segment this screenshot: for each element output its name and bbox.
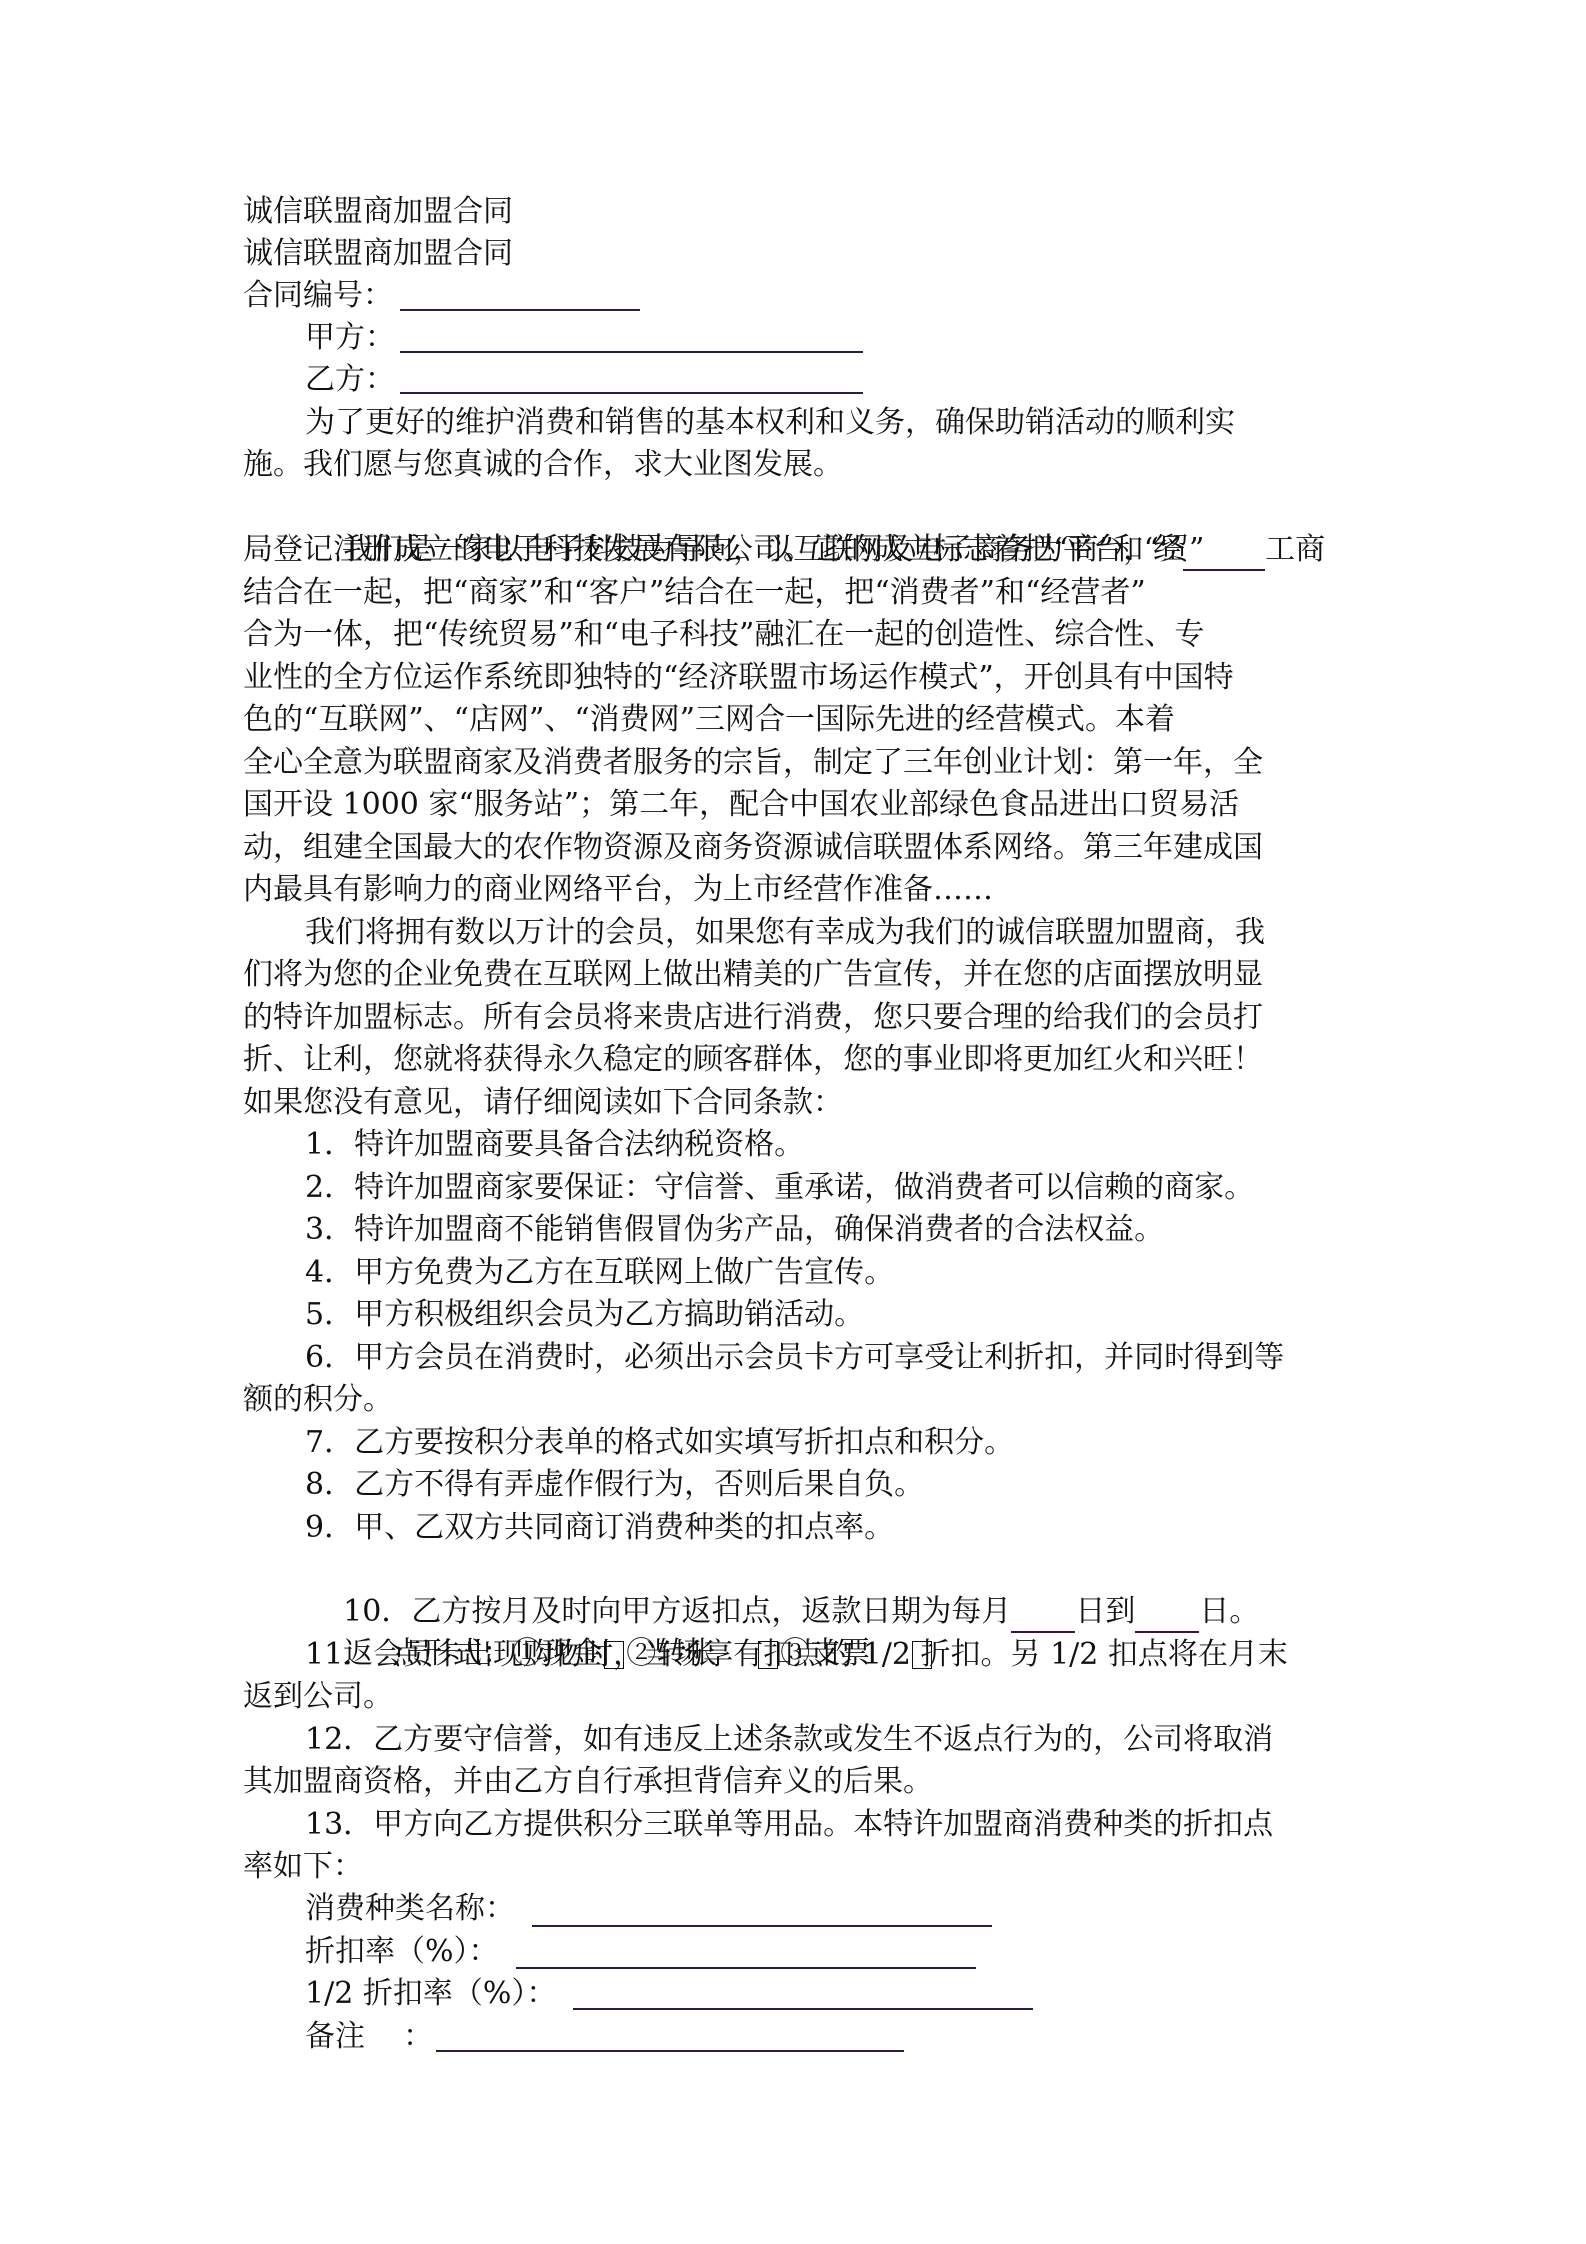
paragraph-members-line: 们将为您的企业免费在互联网上做出精美的广告宣传，并在您的店面摆放明显: [243, 954, 1263, 996]
paragraph-members-line: 的特许加盟标志。所有会员将来贵店进行消费，您只要合理的给我们的会员打: [243, 997, 1263, 1039]
clause-10: 10．乙方按月及时向甲方返扣点，返款日期为每月日到日。: [305, 1549, 1259, 1591]
clause-8: 8．乙方不得有弄虚作假行为，否则后果自负。: [305, 1464, 924, 1506]
clause-13-continued: 率如下：: [243, 1846, 363, 1888]
rebate-start-day-blank[interactable]: [1011, 1601, 1075, 1633]
paragraph-intro-line: 为了更好的维护消费和销售的基本权利和义务，确保助销活动的顺利实: [305, 402, 1235, 444]
consumption-category-label: 消费种类名称：: [305, 1888, 515, 1930]
paragraph-company-text: 工商: [1265, 532, 1325, 567]
paragraph-company-line: 合为一体，把“传统贸易”和“电子科技”融汇在一起的创造性、综合性、专: [243, 614, 1204, 656]
paragraph-company-line: 内最具有影响力的商业网络平台，为上市经营作准备……: [243, 869, 993, 911]
paragraph-members-line: 折、让利，您就将获得永久稳定的顾客群体，您的事业即将更加红火和兴旺！: [243, 1039, 1263, 1081]
document-title-repeat: 诚信联盟商加盟合同: [243, 233, 513, 275]
clause-5: 5．甲方积极组织会员为乙方搞助销活动。: [305, 1294, 864, 1336]
remarks-label: 备注 ：: [305, 2016, 433, 2058]
clause-13: 13．甲方向乙方提供积分三联单等用品。本特许加盟商消费种类的折扣点: [305, 1804, 1273, 1846]
half-discount-rate-label: 1/2 折扣率（%）：: [305, 1973, 556, 2015]
paragraph-company-line: 国开设 1000 家“服务站”；第二年，配合中国农业部绿色食品进出口贸易活: [243, 784, 1239, 826]
remarks-field[interactable]: [436, 2050, 904, 2052]
clause-12: 12．乙方要守信誉，如有违反上述条款或发生不返点行为的，公司将取消: [305, 1719, 1273, 1761]
half-discount-rate-field[interactable]: [573, 2008, 1033, 2010]
clause-10-text: 日到: [1075, 1594, 1135, 1629]
clause-6-continued: 额的积分。: [243, 1379, 393, 1421]
party-b-field[interactable]: [400, 392, 863, 394]
paragraph-company-line: 结合在一起，把“商家”和“客户”结合在一起，把“消费者”和“经营者”: [243, 572, 1146, 614]
party-b-label: 乙方：: [305, 359, 395, 401]
clause-6: 6．甲方会员在消费时，必须出示会员卡方可享受让利折扣，并同时得到等: [305, 1337, 1284, 1379]
clause-11: 11．会员卡出现购物时，当场享有扣点的 1/2 折扣。另 1/2 扣点将在月末: [305, 1634, 1288, 1676]
clause-11-continued: 返到公司。: [243, 1676, 393, 1718]
paragraph-members-line: 如果您没有意见，请仔细阅读如下合同条款：: [243, 1082, 843, 1124]
clause-2: 2．特许加盟商家要保证：守信誉、重承诺，做消费者可以信赖的商家。: [305, 1167, 1254, 1209]
discount-rate-label: 折扣率（%）：: [305, 1931, 499, 1973]
party-a-label: 甲方：: [305, 317, 395, 359]
clause-4: 4．甲方免费为乙方在互联网上做广告宣传。: [305, 1252, 894, 1294]
paragraph-company-line: 全心全意为联盟商家及消费者服务的宗旨，制定了三年创业计划：第一年，全: [243, 742, 1263, 784]
party-a-field[interactable]: [400, 351, 863, 353]
paragraph-intro-line: 施。我们愿与您真诚的合作，求大业图发展。: [243, 444, 843, 486]
discount-rate-field[interactable]: [516, 1967, 976, 1969]
clause-10-text: 日。: [1199, 1594, 1259, 1629]
paragraph-company-line: 动，组建全国最大的农作物资源及商务资源诚信联盟体系网络。第三年建成国: [243, 827, 1263, 869]
clause-7: 7．乙方要按积分表单的格式如实填写折扣点和积分。: [305, 1422, 1014, 1464]
paragraph-company-line: 我们是一家以电子科技为导向，以互联网及电子商务为平台，经工商: [305, 487, 1325, 529]
clause-12-continued: 其加盟商资格，并由乙方自行承担背信弃义的后果。: [243, 1761, 933, 1803]
document-title: 诚信联盟商加盟合同: [243, 191, 513, 233]
paragraph-members-line: 我们将拥有数以万计的会员，如果您有幸成为我们的诚信联盟加盟商，我: [305, 912, 1265, 954]
clause-9: 9．甲、乙双方共同商订消费种类的扣点率。: [305, 1507, 894, 1549]
rebate-form-row: 返 点形式：①现金②转帐③支票: [305, 1591, 934, 1633]
paragraph-company-line: 业性的全方位运作系统即独特的“经济联盟市场运作模式”，开创具有中国特: [243, 657, 1234, 699]
consumption-category-field[interactable]: [532, 1925, 992, 1927]
contract-number-label: 合同编号：: [243, 275, 393, 317]
document-page: 诚信联盟商加盟合同 诚信联盟商加盟合同 合同编号： 甲方： 乙方： 为了更好的维…: [0, 0, 1586, 2244]
paragraph-company-line: 色的“互联网”、“店网”、“消费网”三网合一国际先进的经营模式。本着: [243, 699, 1175, 741]
clause-1: 1．特许加盟商要具备合法纳税资格。: [305, 1124, 804, 1166]
contract-number-field[interactable]: [400, 309, 640, 311]
clause-3: 3．特许加盟商不能销售假冒伪劣产品，确保消费者的合法权益。: [305, 1209, 1164, 1251]
paragraph-company-line: 局登记注册成立的电子科技发展有限公司。它的成立标志着把“商”和“贸”: [243, 529, 1204, 571]
rebate-end-day-blank[interactable]: [1135, 1601, 1199, 1633]
